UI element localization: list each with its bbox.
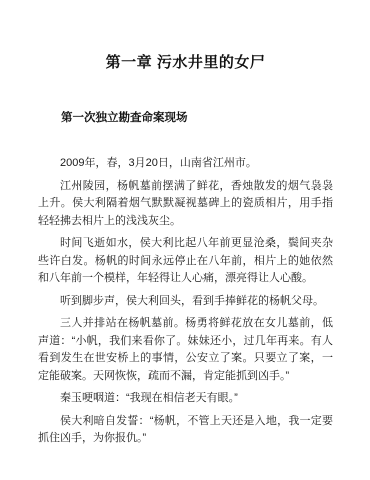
paragraph-6: 秦玉哽咽道：“我现在相信老天有眼。” xyxy=(38,390,333,408)
chapter-title: 第一章 污水井里的女尸 xyxy=(38,53,333,73)
body-text: 2009年，春，3月20日，山南省江州市。 江州陵园，杨帆墓前摆满了鲜花，香烛散… xyxy=(38,155,333,448)
paragraph-2: 江州陵园，杨帆墓前摆满了鲜花，香烛散发的烟气袅袅上升。侯大利隔着烟气默默凝视墓碑… xyxy=(38,178,333,231)
paragraph-7: 侯大利暗自发誓：“杨帆，不管上天还是入地，我一定要抓住凶手，为你报仇。” xyxy=(38,413,333,448)
section-heading: 第一次独立勘查命案现场 xyxy=(38,110,333,126)
paragraph-4: 听到脚步声，侯大利回头，看到手捧鲜花的杨帆父母。 xyxy=(38,293,333,311)
paragraph-5: 三人并排站在杨帆墓前。杨勇将鲜花放在女儿墓前，低声道：“小帆，我们来看你了。妹妹… xyxy=(38,315,333,385)
document-page: 第一章 污水井里的女尸 第一次独立勘查命案现场 2009年，春，3月20日，山南… xyxy=(0,0,370,480)
paragraph-3: 时间飞逝如水，侯大利比起八年前更显沧桑，鬓间夹杂些许白发。杨帆的时间永远停止在八… xyxy=(38,235,333,288)
paragraph-1: 2009年，春，3月20日，山南省江州市。 xyxy=(38,155,333,173)
